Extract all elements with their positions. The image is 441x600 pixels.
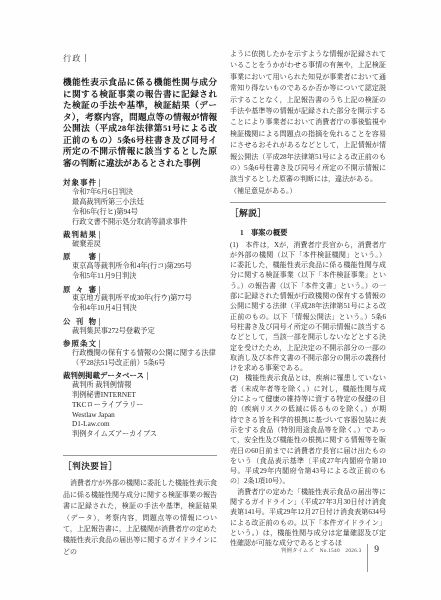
meta-value: 行政文書不開示処分取消等請求事件 [63,218,217,228]
meta-value: 裁判集民事272号登載予定 [63,327,217,337]
meta-label-case: 対象事件 [63,178,96,188]
left-column: 行政 機能性表示食品に係る機能性関与成分に関する検証事業の報告書に記録された検証… [63,53,217,558]
label-divider-bar [147,372,148,380]
meta-label-original-court: 原々審 [63,285,96,295]
commentary-section-divider [230,202,386,203]
meta-value: 東京地方裁判所平成30年(行ウ)第77号 [63,294,217,304]
meta-value: 裁判所 裁判例情報 [63,381,217,391]
case-title: 機能性表示食品に係る機能性関与成分に関する検証事業の報告書に記録された検証の手法… [63,77,217,169]
meta-label-databases: 裁判例掲載データベース [63,371,144,381]
meta-label-row: 原審 [63,252,217,262]
meta-value: 令和5年11月9日判決 [63,272,217,282]
meta-label-row: 裁判例掲載データベース [63,371,217,381]
meta-label-row: 裁判結果 [63,230,217,240]
page-number: 9 [374,545,379,555]
meta-label-publication: 公刊物 [63,317,96,327]
label-divider-bar [99,179,100,187]
meta-value: 最高裁判所第三小法廷 [63,198,217,208]
category-divider-bar [85,54,86,62]
journal-name: 判例タイムズ No.1540 2026.3 [281,546,362,554]
label-divider-bar [99,231,100,239]
category-header: 行政 [63,53,217,63]
meta-value: D1-Law.com [63,420,217,430]
commentary-paragraph-1: (1) 本件は，Xが，消費者庁長官から，消費者庁が外部の機関（以下「本件検証機関… [230,240,386,374]
meta-value: 東京高等裁判所令和4年(行コ)第295号 [63,262,217,272]
right-column: ように依拠したかを示すような情報が記録されていることをうかがわせる事情の有無や，… [230,49,386,548]
meta-value: Westlaw Japan [63,411,217,421]
meta-value: 令和4年10月4日判決 [63,304,217,314]
meta-value: 行政機関の保有する情報の公開に関する法律（平28法51号改正前）5条6号 [63,349,217,369]
meta-label-row: 原々審 [63,284,217,294]
meta-value: 令和6年(行ヒ)第94号 [63,208,217,218]
label-divider-bar [99,253,100,261]
commentary-heading: ［解説］ [230,207,386,219]
case-meta-list: 対象事件 令和7年6月6日判決 最高裁判所第三小法廷 令和6年(行ヒ)第94号 … [63,178,217,440]
page-footer: 判例タイムズ No.1540 2026.3 9 [270,543,379,572]
supplementary-opinion-note: （補足意見がある。） [230,186,386,197]
meta-label-statutes: 参照条文 [63,339,96,349]
commentary-section-title: 1 事案の概要 [230,228,386,238]
summary-section-divider [63,455,217,456]
meta-value: TKCローライブラリー [63,401,217,411]
meta-label-row: 対象事件 [63,178,217,188]
journal-page: 行政 機能性表示食品に係る機能性関与成分に関する検証事業の報告書に記録された検証… [0,0,441,600]
footer-divider-bar [367,544,368,572]
meta-label-row: 公刊物 [63,316,217,326]
summary-heading: ［判決要旨］ [63,460,217,472]
meta-value: 破棄差戻 [63,240,217,250]
meta-value: 判例タイムズアーカイブス [63,430,217,440]
commentary-paragraph-2: (2) 機能性表示食品とは，疾病に罹患していない者（未成年者等を除く。）に対し，… [230,373,386,486]
meta-value: 判例秘書INTERNET [63,391,217,401]
meta-label-result: 裁判結果 [63,230,96,240]
meta-label-row: 参照条文 [63,338,217,348]
category-label: 行政 [63,53,81,64]
meta-value: 令和7年6月6日判決 [63,188,217,198]
label-divider-bar [99,340,100,348]
label-divider-bar [99,318,100,326]
label-divider-bar [99,286,100,294]
summary-text-right: ように依拠したかを示すような情報が記録されていることをうかがわせる事情の有無や，… [230,49,386,186]
summary-text-left: 消費者庁が外部の機関に委託した機能性表示食品に係る機能性関与成分に関する検証事業… [63,478,217,558]
meta-label-first-appeal: 原審 [63,252,96,262]
commentary-paragraph-3: 消費者庁の定めた「機能性表示食品の届出等に関するガイドライン」（平成27年3月3… [230,487,386,549]
